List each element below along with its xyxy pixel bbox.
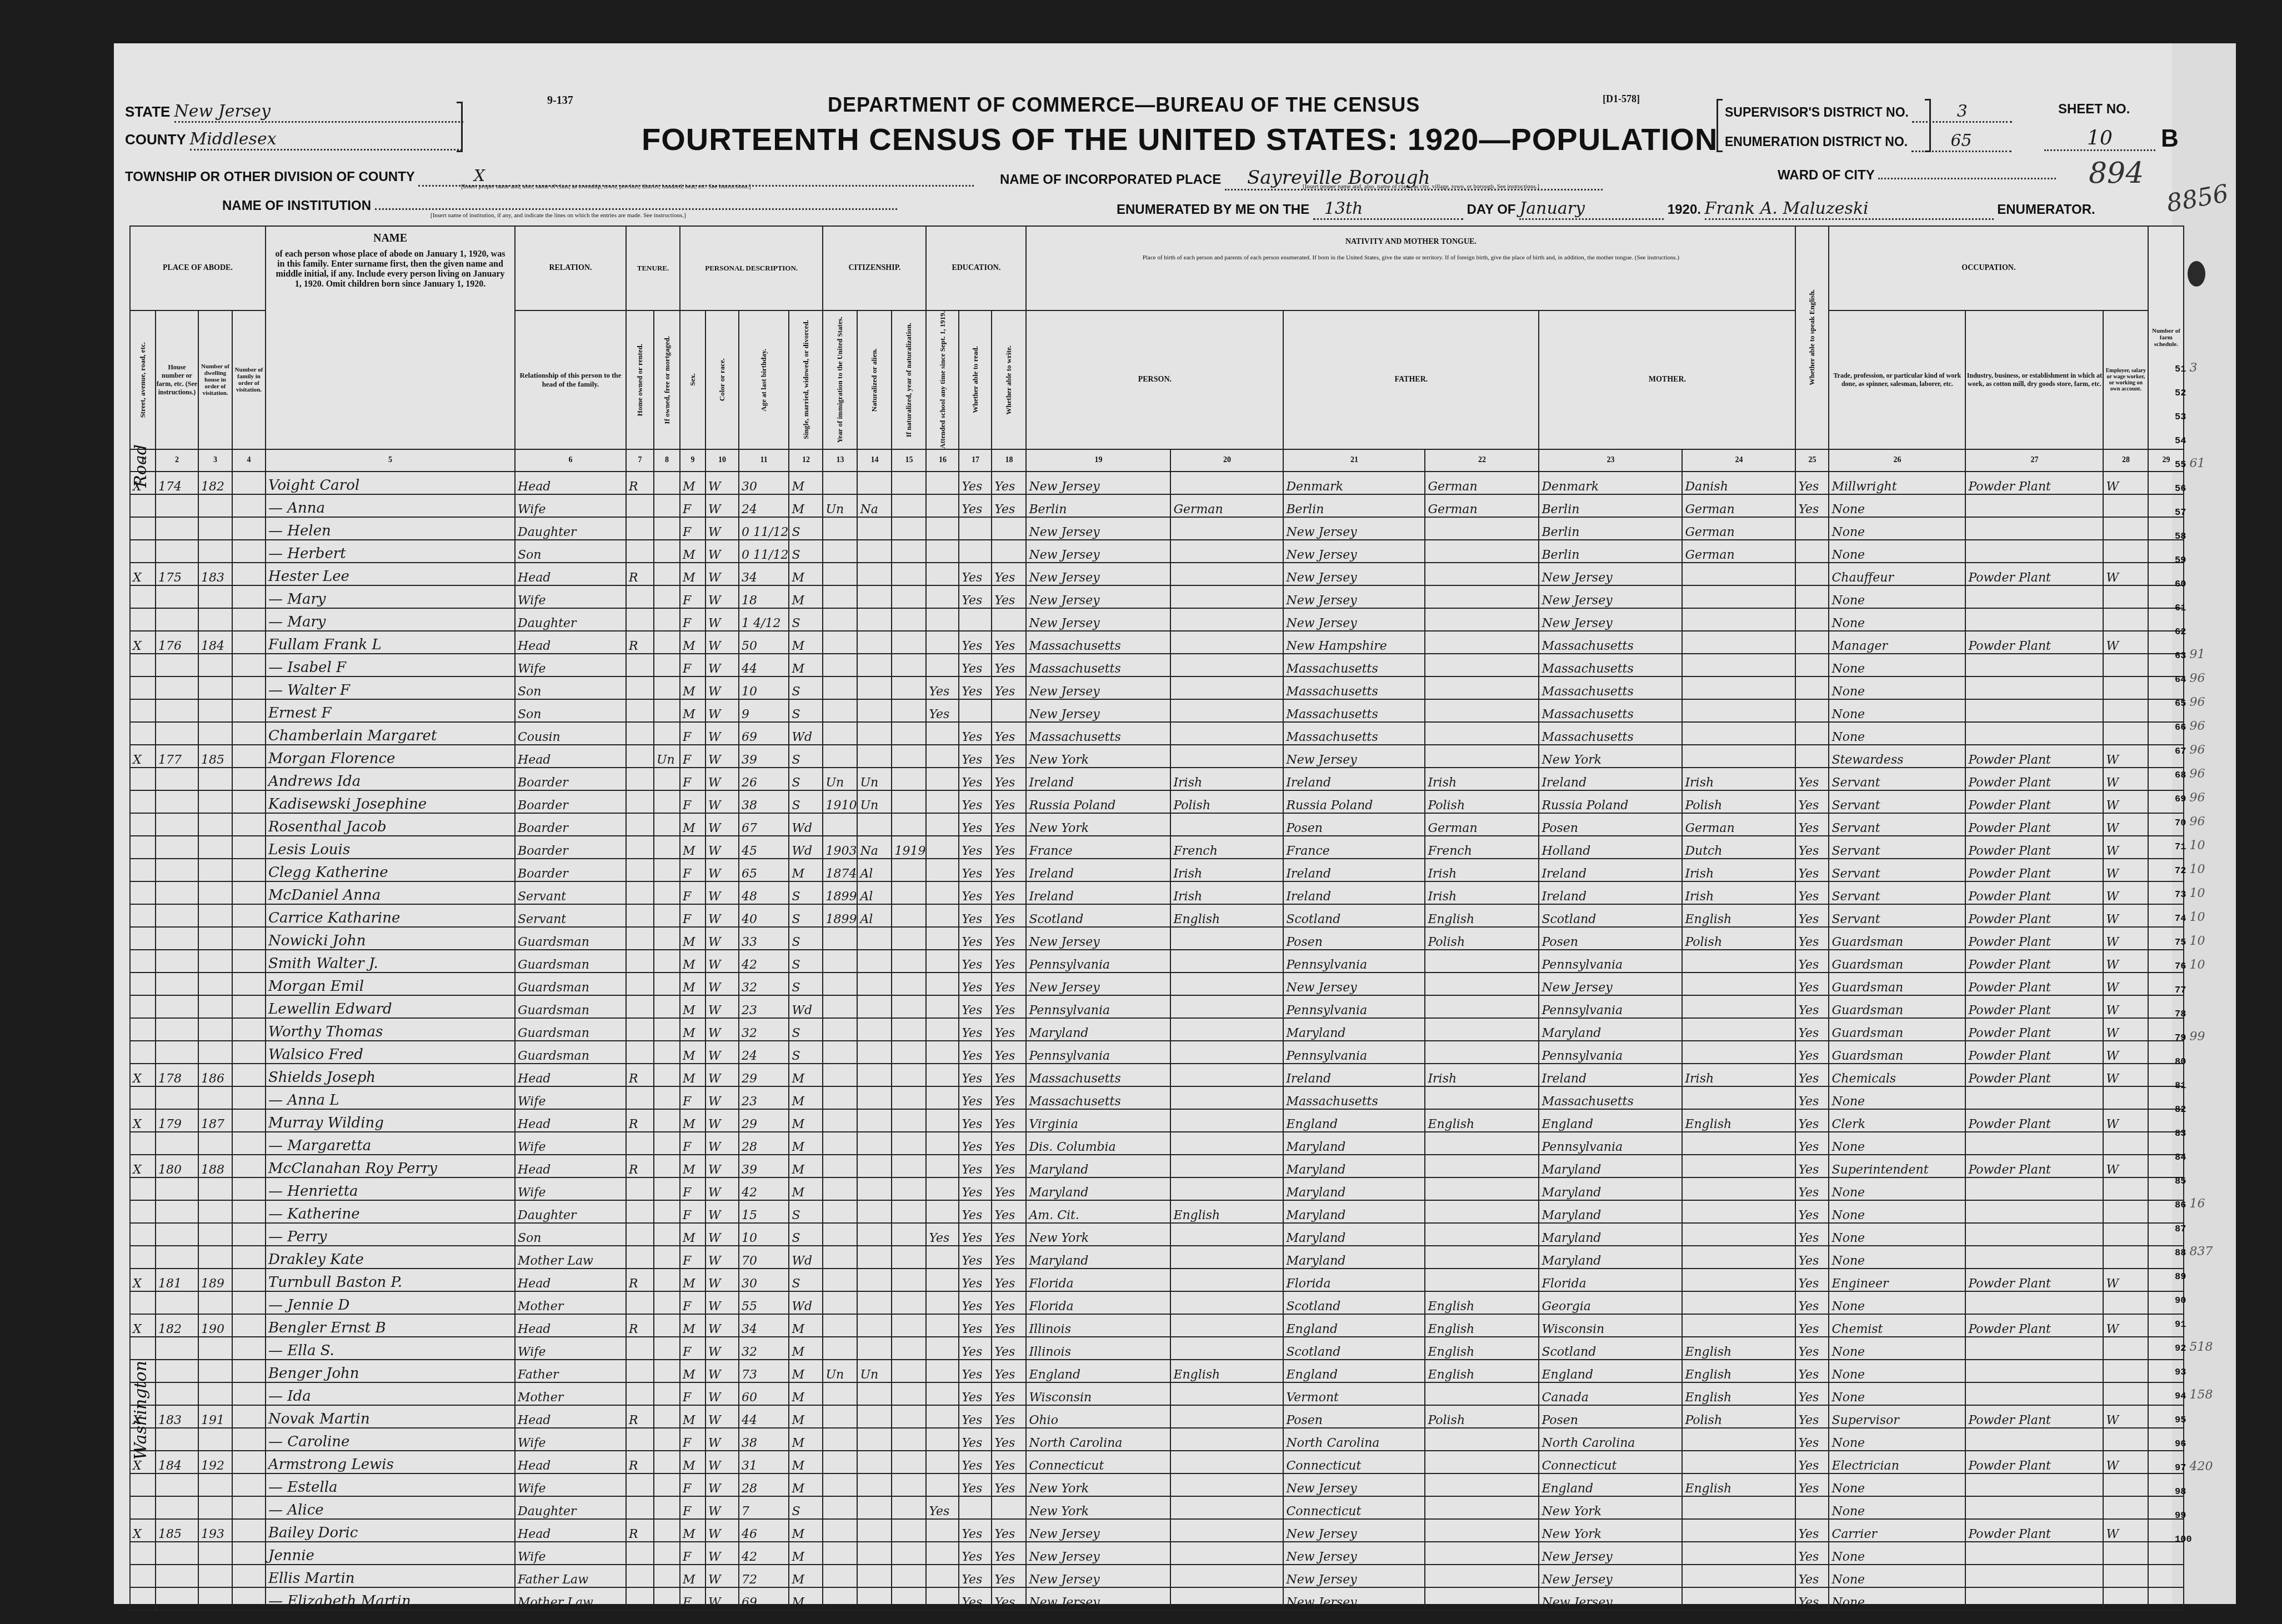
cell-immig [823,608,857,631]
cell-tongue [1170,1473,1283,1496]
cell-fpob: Vermont [1283,1382,1425,1405]
cell-natyr [892,699,926,722]
cell-name: Ellis Martin [266,1565,515,1587]
cell-family [232,1086,266,1109]
line-number: 6391 [2175,648,2205,661]
cell-emp [2103,1337,2148,1360]
cell-sex: M [680,927,705,950]
cell-mtongue: Polish [1682,1405,1795,1428]
cell-home [626,1382,654,1405]
cell-mtongue: German [1682,540,1795,563]
cell-emp [2103,1291,2148,1314]
cell-age: 18 [739,585,789,608]
cell-school [926,1382,959,1405]
cell-family [232,517,266,540]
cell-fpob: Denmark [1283,472,1425,494]
margin-annotation: 10 [2189,958,2205,972]
cell-marital: M [789,472,823,494]
cell-mtongue: English [1682,1382,1795,1405]
cell-english: Yes [1795,836,1829,859]
cell-fpob: Ireland [1283,859,1425,881]
table-row: — Elizabeth MartinMother LawFW69MYesYesN… [130,1587,2184,1610]
cell-dwelling [198,1542,232,1565]
cell-mort [654,1041,680,1064]
cell-read: Yes [959,1542,992,1565]
cell-name: Morgan Emil [266,973,515,995]
cell-read: Yes [959,995,992,1018]
cell-mtongue [1682,1269,1795,1291]
cell-name: Drakley Kate [266,1246,515,1269]
cell-emp: W [2103,1451,2148,1473]
cell-mort [654,608,680,631]
cell-sex: M [680,676,705,699]
cell-nat [857,676,892,699]
cell-relation: Wife [515,1177,626,1200]
ward-label: WARD OF CITY [1778,168,1874,183]
cell-marital: S [789,790,823,813]
cell-sex: F [680,1177,705,1200]
cell-visited [130,1086,156,1109]
cell-mpob: New Jersey [1539,1587,1682,1610]
cell-visited: X [130,745,156,768]
cell-ftongue [1425,973,1539,995]
cell-nat [857,540,892,563]
cell-mtongue: Polish [1682,927,1795,950]
cell-race: W [705,1177,739,1200]
cell-ftongue [1425,1451,1539,1473]
cell-immig [823,722,857,745]
cell-age: 7 [739,1496,789,1519]
cell-ftongue [1425,1223,1539,1246]
cell-ftongue [1425,1473,1539,1496]
cell-sex: F [680,654,705,676]
cell-mpob: New Jersey [1539,1542,1682,1565]
line-number: 54 [2175,433,2189,447]
cell-pob: New Jersey [1026,517,1170,540]
cell-school [926,1314,959,1337]
cell-race: W [705,1428,739,1451]
cell-mtongue [1682,699,1795,722]
cell-marital: M [789,1565,823,1587]
enumeration-district-field: ENUMERATION DISTRICT NO. 65 [1725,131,2011,152]
cell-write: Yes [992,904,1026,927]
cell-industry: Powder Plant [1965,1405,2103,1428]
line-number-value: 61 [2175,603,2186,614]
cell-visited: X [130,631,156,654]
cell-ftongue [1425,722,1539,745]
cell-race: W [705,1360,739,1382]
cell-emp: W [2103,836,2148,859]
cell-school [926,1542,959,1565]
cell-relation: Servant [515,881,626,904]
cell-read: Yes [959,1451,992,1473]
cell-race: W [705,745,739,768]
cell-write: Yes [992,1405,1026,1428]
cell-home [626,745,654,768]
cell-natyr [892,540,926,563]
cell-tongue [1170,540,1283,563]
cell-trade: Engineer [1829,1269,1965,1291]
cell-house [156,1496,198,1519]
col-25-label: Whether able to speak English. [1808,289,1816,385]
cell-emp: W [2103,881,2148,904]
cell-visited [130,1291,156,1314]
cell-marital: M [789,1086,823,1109]
col-2-header: House number or farm, etc. (See instruct… [156,310,198,449]
cell-house [156,585,198,608]
name-heading: NAME [266,232,514,245]
cell-natyr [892,1587,926,1610]
cell-fpob: Russia Poland [1283,790,1425,813]
table-row: X183191Novak MartinHeadRMW44MYesYesOhioP… [130,1405,2184,1428]
cell-mort [654,1223,680,1246]
cell-mort [654,517,680,540]
cell-read: Yes [959,904,992,927]
line-number-value: 77 [2175,985,2186,996]
cell-race: W [705,1132,739,1155]
cell-dwelling [198,836,232,859]
cell-age: 1 4/12 [739,608,789,631]
table-row: Smith Walter J.GuardsmanMW42SYesYesPenns… [130,950,2184,973]
cell-house [156,881,198,904]
cell-name: Fullam Frank L [266,631,515,654]
cell-sex: M [680,1041,705,1064]
margin-annotation: 96 [2189,791,2205,805]
cell-family [232,813,266,836]
cell-mpob: Massachusetts [1539,654,1682,676]
cell-sex: F [680,585,705,608]
township-label: TOWNSHIP OR OTHER DIVISION OF COUNTY [125,169,414,184]
cell-mpob: Connecticut [1539,1451,1682,1473]
cell-race: W [705,836,739,859]
cell-immig [823,1565,857,1587]
cell-ftongue: English [1425,904,1539,927]
cell-fpob: Ireland [1283,768,1425,790]
cell-house [156,973,198,995]
cell-pob: Massachusetts [1026,1064,1170,1086]
cell-family [232,472,266,494]
cell-tongue: English [1170,904,1283,927]
table-row: McDaniel AnnaServantFW48S1899AlYesYesIre… [130,881,2184,904]
cell-relation: Guardsman [515,927,626,950]
cell-industry [1965,1246,2103,1269]
cell-write: Yes [992,1086,1026,1109]
cell-relation: Boarder [515,836,626,859]
line-number: 93 [2175,1364,2189,1378]
cell-pob: Pennsylvania [1026,950,1170,973]
cell-trade: Servant [1829,904,1965,927]
cell-dwelling: 184 [198,631,232,654]
table-row: — AnnaWifeFW24MUnNaYesYesBerlinGermanBer… [130,494,2184,517]
cell-trade: Supervisor [1829,1405,1965,1428]
cell-age: 38 [739,1428,789,1451]
cell-fpob: Pennsylvania [1283,950,1425,973]
cell-home [626,1132,654,1155]
cell-mort [654,1542,680,1565]
cell-marital: M [789,1473,823,1496]
cell-house [156,790,198,813]
cell-mtongue [1682,1132,1795,1155]
cell-pob: New Jersey [1026,472,1170,494]
cell-dwelling: 193 [198,1519,232,1542]
cell-farm [2148,1565,2184,1587]
table-row: — AliceDaughterFW7SYesNew YorkConnecticu… [130,1496,2184,1519]
cell-relation: Wife [515,494,626,517]
cell-visited [130,995,156,1018]
cell-trade: None [1829,722,1965,745]
cell-ftongue [1425,676,1539,699]
cell-home [626,973,654,995]
enumerator-name: Frank A. Maluzeski [1705,199,1994,220]
cell-immig [823,1132,857,1155]
col-number: 19 [1026,449,1170,472]
cell-mort [654,1246,680,1269]
line-number-value: 82 [2175,1105,2186,1115]
cell-dwelling [198,1200,232,1223]
cell-house [156,1132,198,1155]
cell-emp [2103,585,2148,608]
cell-mtongue [1682,585,1795,608]
cell-dwelling [198,494,232,517]
cell-immig [823,1155,857,1177]
cell-home: R [626,1314,654,1337]
cell-dwelling [198,1041,232,1064]
cell-english: Yes [1795,472,1829,494]
cell-nat [857,927,892,950]
table-row: — HerbertSonMW0 11/12SNew JerseyNew Jers… [130,540,2184,563]
table-row: Nowicki JohnGuardsmanMW33SYesYesNew Jers… [130,927,2184,950]
cell-race: W [705,608,739,631]
cell-visited [130,1041,156,1064]
col-number: 27 [1965,449,2103,472]
cell-race: W [705,973,739,995]
cell-school: Yes [926,676,959,699]
cell-write: Yes [992,654,1026,676]
cell-fpob: England [1283,1109,1425,1132]
cell-nat [857,1086,892,1109]
cell-read: Yes [959,1109,992,1132]
cell-write: Yes [992,1018,1026,1041]
cell-natyr [892,1177,926,1200]
cell-marital: Wd [789,722,823,745]
cell-tongue [1170,1041,1283,1064]
cell-dwelling [198,608,232,631]
cell-english: Yes [1795,1041,1829,1064]
cell-pob: Illinois [1026,1314,1170,1337]
cell-natyr [892,1269,926,1291]
cell-tongue [1170,1086,1283,1109]
cell-mtongue [1682,631,1795,654]
line-number: 80 [2175,1054,2189,1067]
cell-visited [130,1132,156,1155]
cell-home [626,904,654,927]
cell-visited [130,859,156,881]
cell-emp [2103,1200,2148,1223]
cell-relation: Head [515,472,626,494]
cell-immig [823,1496,857,1519]
cell-school [926,1565,959,1587]
col-7-header: Home owned or rented. [626,310,654,449]
table-row: X175183Hester LeeHeadRMW34MYesYesNew Jer… [130,563,2184,585]
cell-fpob: Scotland [1283,1337,1425,1360]
cell-relation: Head [515,1451,626,1473]
cell-dwelling [198,1565,232,1587]
cell-race: W [705,1041,739,1064]
cell-pob: Massachusetts [1026,1086,1170,1109]
cell-tongue [1170,927,1283,950]
cell-marital: S [789,608,823,631]
cell-mort [654,1565,680,1587]
cell-name: — Henrietta [266,1177,515,1200]
cell-mort [654,859,680,881]
cell-name: Shields Joseph [266,1064,515,1086]
cell-relation: Guardsman [515,1018,626,1041]
cell-ftongue: English [1425,1360,1539,1382]
cell-read: Yes [959,722,992,745]
cell-trade: None [1829,1496,1965,1519]
table-row: — MaryWifeFW18MYesYesNew JerseyNew Jerse… [130,585,2184,608]
cell-school: Yes [926,1223,959,1246]
punch-hole [2188,261,2205,287]
cell-emp: W [2103,745,2148,768]
cell-emp: W [2103,1018,2148,1041]
cell-natyr [892,1132,926,1155]
col-11-label: Age at last birthday. [760,349,768,412]
cell-trade: None [1829,585,1965,608]
line-number: 97420 [2175,1460,2213,1473]
cell-house: 183 [156,1405,198,1428]
cell-trade: None [1829,1086,1965,1109]
cell-race: W [705,472,739,494]
subgroup-person: PERSON. [1026,310,1283,449]
cell-nat [857,1291,892,1314]
margin-annotation: 99 [2189,1030,2205,1044]
cell-visited: X [130,1155,156,1177]
table-row: X180188McClanahan Roy PerryHeadRMW39MYes… [130,1155,2184,1177]
cell-age: 45 [739,836,789,859]
col-number: 23 [1539,449,1682,472]
cell-home [626,859,654,881]
col-number: 12 [789,449,823,472]
cell-english: Yes [1795,859,1829,881]
cell-house [156,540,198,563]
cell-tongue [1170,517,1283,540]
cell-tongue [1170,585,1283,608]
cell-nat [857,517,892,540]
cell-school [926,472,959,494]
cell-write: Yes [992,1360,1026,1382]
col-number: 16 [926,449,959,472]
day-of-label: DAY OF [1467,202,1515,217]
cell-pob: Ohio [1026,1405,1170,1428]
cell-relation: Head [515,1314,626,1337]
cell-pob: Wisconsin [1026,1382,1170,1405]
cell-pob: New York [1026,813,1170,836]
cell-mpob: Canada [1539,1382,1682,1405]
cell-name: Kadisewski Josephine [266,790,515,813]
col-13-label: Year of immigration to the United States… [836,317,844,443]
cell-name: Lesis Louis [266,836,515,859]
cell-house [156,517,198,540]
cell-english: Yes [1795,1519,1829,1542]
cell-tongue [1170,1291,1283,1314]
table-row: Lewellin EdwardGuardsmanMW23WdYesYesPenn… [130,995,2184,1018]
line-number-value: 63 [2175,651,2186,661]
cell-age: 32 [739,1337,789,1360]
cell-family [232,1177,266,1200]
cell-write: Yes [992,1382,1026,1405]
cell-house [156,722,198,745]
cell-pob: North Carolina [1026,1428,1170,1451]
cell-fpob: Massachusetts [1283,722,1425,745]
cell-nat [857,699,892,722]
cell-age: 26 [739,768,789,790]
cell-mtongue [1682,1177,1795,1200]
cell-industry [1965,1360,2103,1382]
line-number-value: 67 [2175,746,2186,757]
cell-sex: M [680,1314,705,1337]
cell-natyr [892,676,926,699]
cell-trade: None [1829,1337,1965,1360]
cell-mtongue [1682,676,1795,699]
line-number-value: 66 [2175,723,2186,733]
cell-name: Novak Martin [266,1405,515,1428]
cell-name: — Estella [266,1473,515,1496]
cell-tongue [1170,1405,1283,1428]
year: 1920. [1668,202,1701,217]
cell-natyr [892,1155,926,1177]
cell-home [626,1018,654,1041]
cell-age: 67 [739,813,789,836]
cell-sex: F [680,1496,705,1519]
cell-name: Smith Walter J. [266,950,515,973]
cell-tongue [1170,1428,1283,1451]
cell-write: Yes [992,768,1026,790]
cell-visited [130,1473,156,1496]
cell-school [926,1519,959,1542]
cell-nat [857,1269,892,1291]
cell-tongue [1170,631,1283,654]
cell-tongue: Irish [1170,881,1283,904]
cell-marital: M [789,1360,823,1382]
cell-age: 50 [739,631,789,654]
cell-pob: New Jersey [1026,1587,1170,1610]
cell-tongue [1170,563,1283,585]
cell-relation: Wife [515,1473,626,1496]
cell-sex: M [680,1269,705,1291]
cell-mpob: Florida [1539,1269,1682,1291]
cell-write: Yes [992,472,1026,494]
margin-annotation: 10 [2189,839,2205,853]
cell-english: Yes [1795,1291,1829,1314]
cell-immig [823,1587,857,1610]
cell-natyr [892,1337,926,1360]
line-number-value: 58 [2175,532,2186,542]
cell-dwelling [198,973,232,995]
cell-family [232,927,266,950]
cell-dwelling: 183 [198,563,232,585]
cell-pob: New York [1026,745,1170,768]
cell-school [926,1064,959,1086]
cell-english: Yes [1795,768,1829,790]
cell-industry: Powder Plant [1965,836,2103,859]
cell-write: Yes [992,973,1026,995]
cell-fpob: Massachusetts [1283,676,1425,699]
enumeration-district-label: ENUMERATION DISTRICT NO. [1725,134,1908,149]
cell-ftongue: German [1425,472,1539,494]
cell-immig [823,995,857,1018]
cell-sex: M [680,631,705,654]
